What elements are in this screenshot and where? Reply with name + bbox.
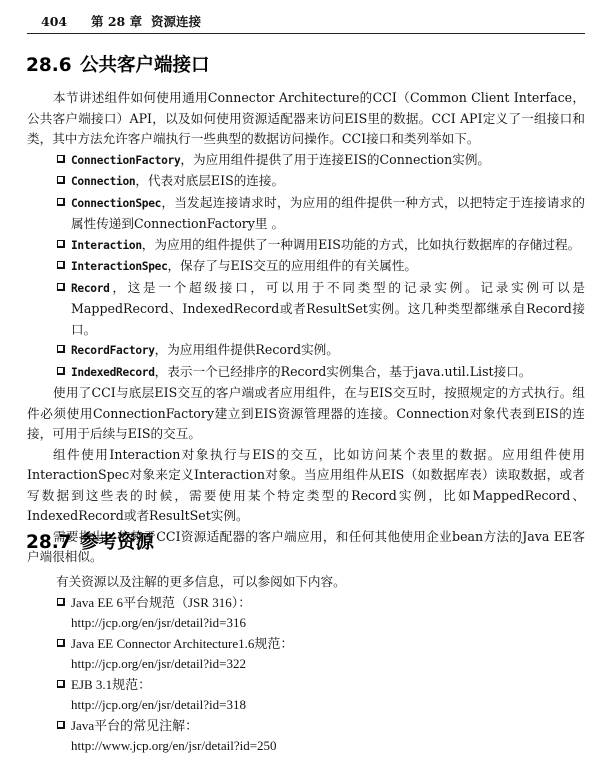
list-item: ConnectionSpec，当发起连接请求时，为应用的组件提供一种方式，以把特… xyxy=(27,193,585,235)
checkbox-bullet-icon xyxy=(57,283,65,291)
checkbox-bullet-icon xyxy=(57,261,65,269)
paragraph-cci-usage: 使用了CCI与底层EIS交互的客户端或者应用组件，在与EIS交互时，按照规定的方… xyxy=(27,383,585,445)
list-item: Interaction，为应用的组件提供了一种调用EIS功能的方式，比如执行数据… xyxy=(27,235,585,257)
list-item: InteractionSpec，保存了与EIS交互的应用组件的有关属性。 xyxy=(27,256,585,278)
section-number: 28.6 xyxy=(26,54,80,78)
reference-item: Java平台的常见注解： xyxy=(27,716,585,737)
reference-url[interactable]: http://jcp.org/en/jsr/detail?id=318 xyxy=(27,695,585,716)
section-number: 28.7 xyxy=(26,531,80,555)
references-list: 有关资源以及注解的更多信息，可以参阅如下内容。 Java EE 6平台规范（JS… xyxy=(27,572,585,757)
chapter-title: 资源连接 xyxy=(151,13,201,31)
list-item: ConnectionFactory，为应用组件提供了用于连接EIS的Connec… xyxy=(27,150,585,172)
list-item: IndexedRecord，表示一个已经排序的Record实例集合，基于java… xyxy=(27,362,585,384)
section-heading-28-7: 28.7参考资源 xyxy=(26,531,154,555)
reference-url[interactable]: http://jcp.org/en/jsr/detail?id=316 xyxy=(27,613,585,634)
reference-url[interactable]: http://jcp.org/en/jsr/detail?id=322 xyxy=(27,654,585,675)
running-head: 404 第 28 章 资源连接 xyxy=(27,12,585,34)
section-28-6-body: 本节讲述组件如何使用通用Connector Architecture的CCI（C… xyxy=(27,88,585,568)
paragraph-interaction: 组件使用Interaction对象执行与EIS的交互，比如访问某个表里的数据。应… xyxy=(27,445,585,527)
list-item: Connection，代表对底层EIS的连接。 xyxy=(27,171,585,193)
reference-item: EJB 3.1规范： xyxy=(27,675,585,696)
reference-item: Java EE 6平台规范（JSR 316）： xyxy=(27,593,585,614)
list-item: Record，这是一个超级接口，可以用于不同类型的记录实例。记录实例可以是Map… xyxy=(27,278,585,341)
section-heading-28-6: 28.6公共客户端接口 xyxy=(26,54,210,78)
reference-item: Java EE Connector Architecture1.6规范： xyxy=(27,634,585,655)
reference-url[interactable]: http://www.jcp.org/en/jsr/detail?id=250 xyxy=(27,736,585,757)
checkbox-bullet-icon xyxy=(57,176,65,184)
checkbox-bullet-icon xyxy=(57,198,65,206)
checkbox-bullet-icon xyxy=(57,240,65,248)
list-item: RecordFactory，为应用组件提供Record实例。 xyxy=(27,340,585,362)
section-title: 公共客户端接口 xyxy=(80,55,210,76)
checkbox-bullet-icon xyxy=(57,598,65,606)
checkbox-bullet-icon xyxy=(57,345,65,353)
checkbox-bullet-icon xyxy=(57,639,65,647)
checkbox-bullet-icon xyxy=(57,155,65,163)
checkbox-bullet-icon xyxy=(57,721,65,729)
references-lead: 有关资源以及注解的更多信息，可以参阅如下内容。 xyxy=(27,572,585,593)
section-title: 参考资源 xyxy=(80,532,154,553)
chapter-label: 第 28 章 xyxy=(91,13,142,31)
checkbox-bullet-icon xyxy=(57,367,65,375)
intro-paragraph: 本节讲述组件如何使用通用Connector Architecture的CCI（C… xyxy=(27,88,585,150)
checkbox-bullet-icon xyxy=(57,680,65,688)
page-number: 404 xyxy=(41,13,67,31)
